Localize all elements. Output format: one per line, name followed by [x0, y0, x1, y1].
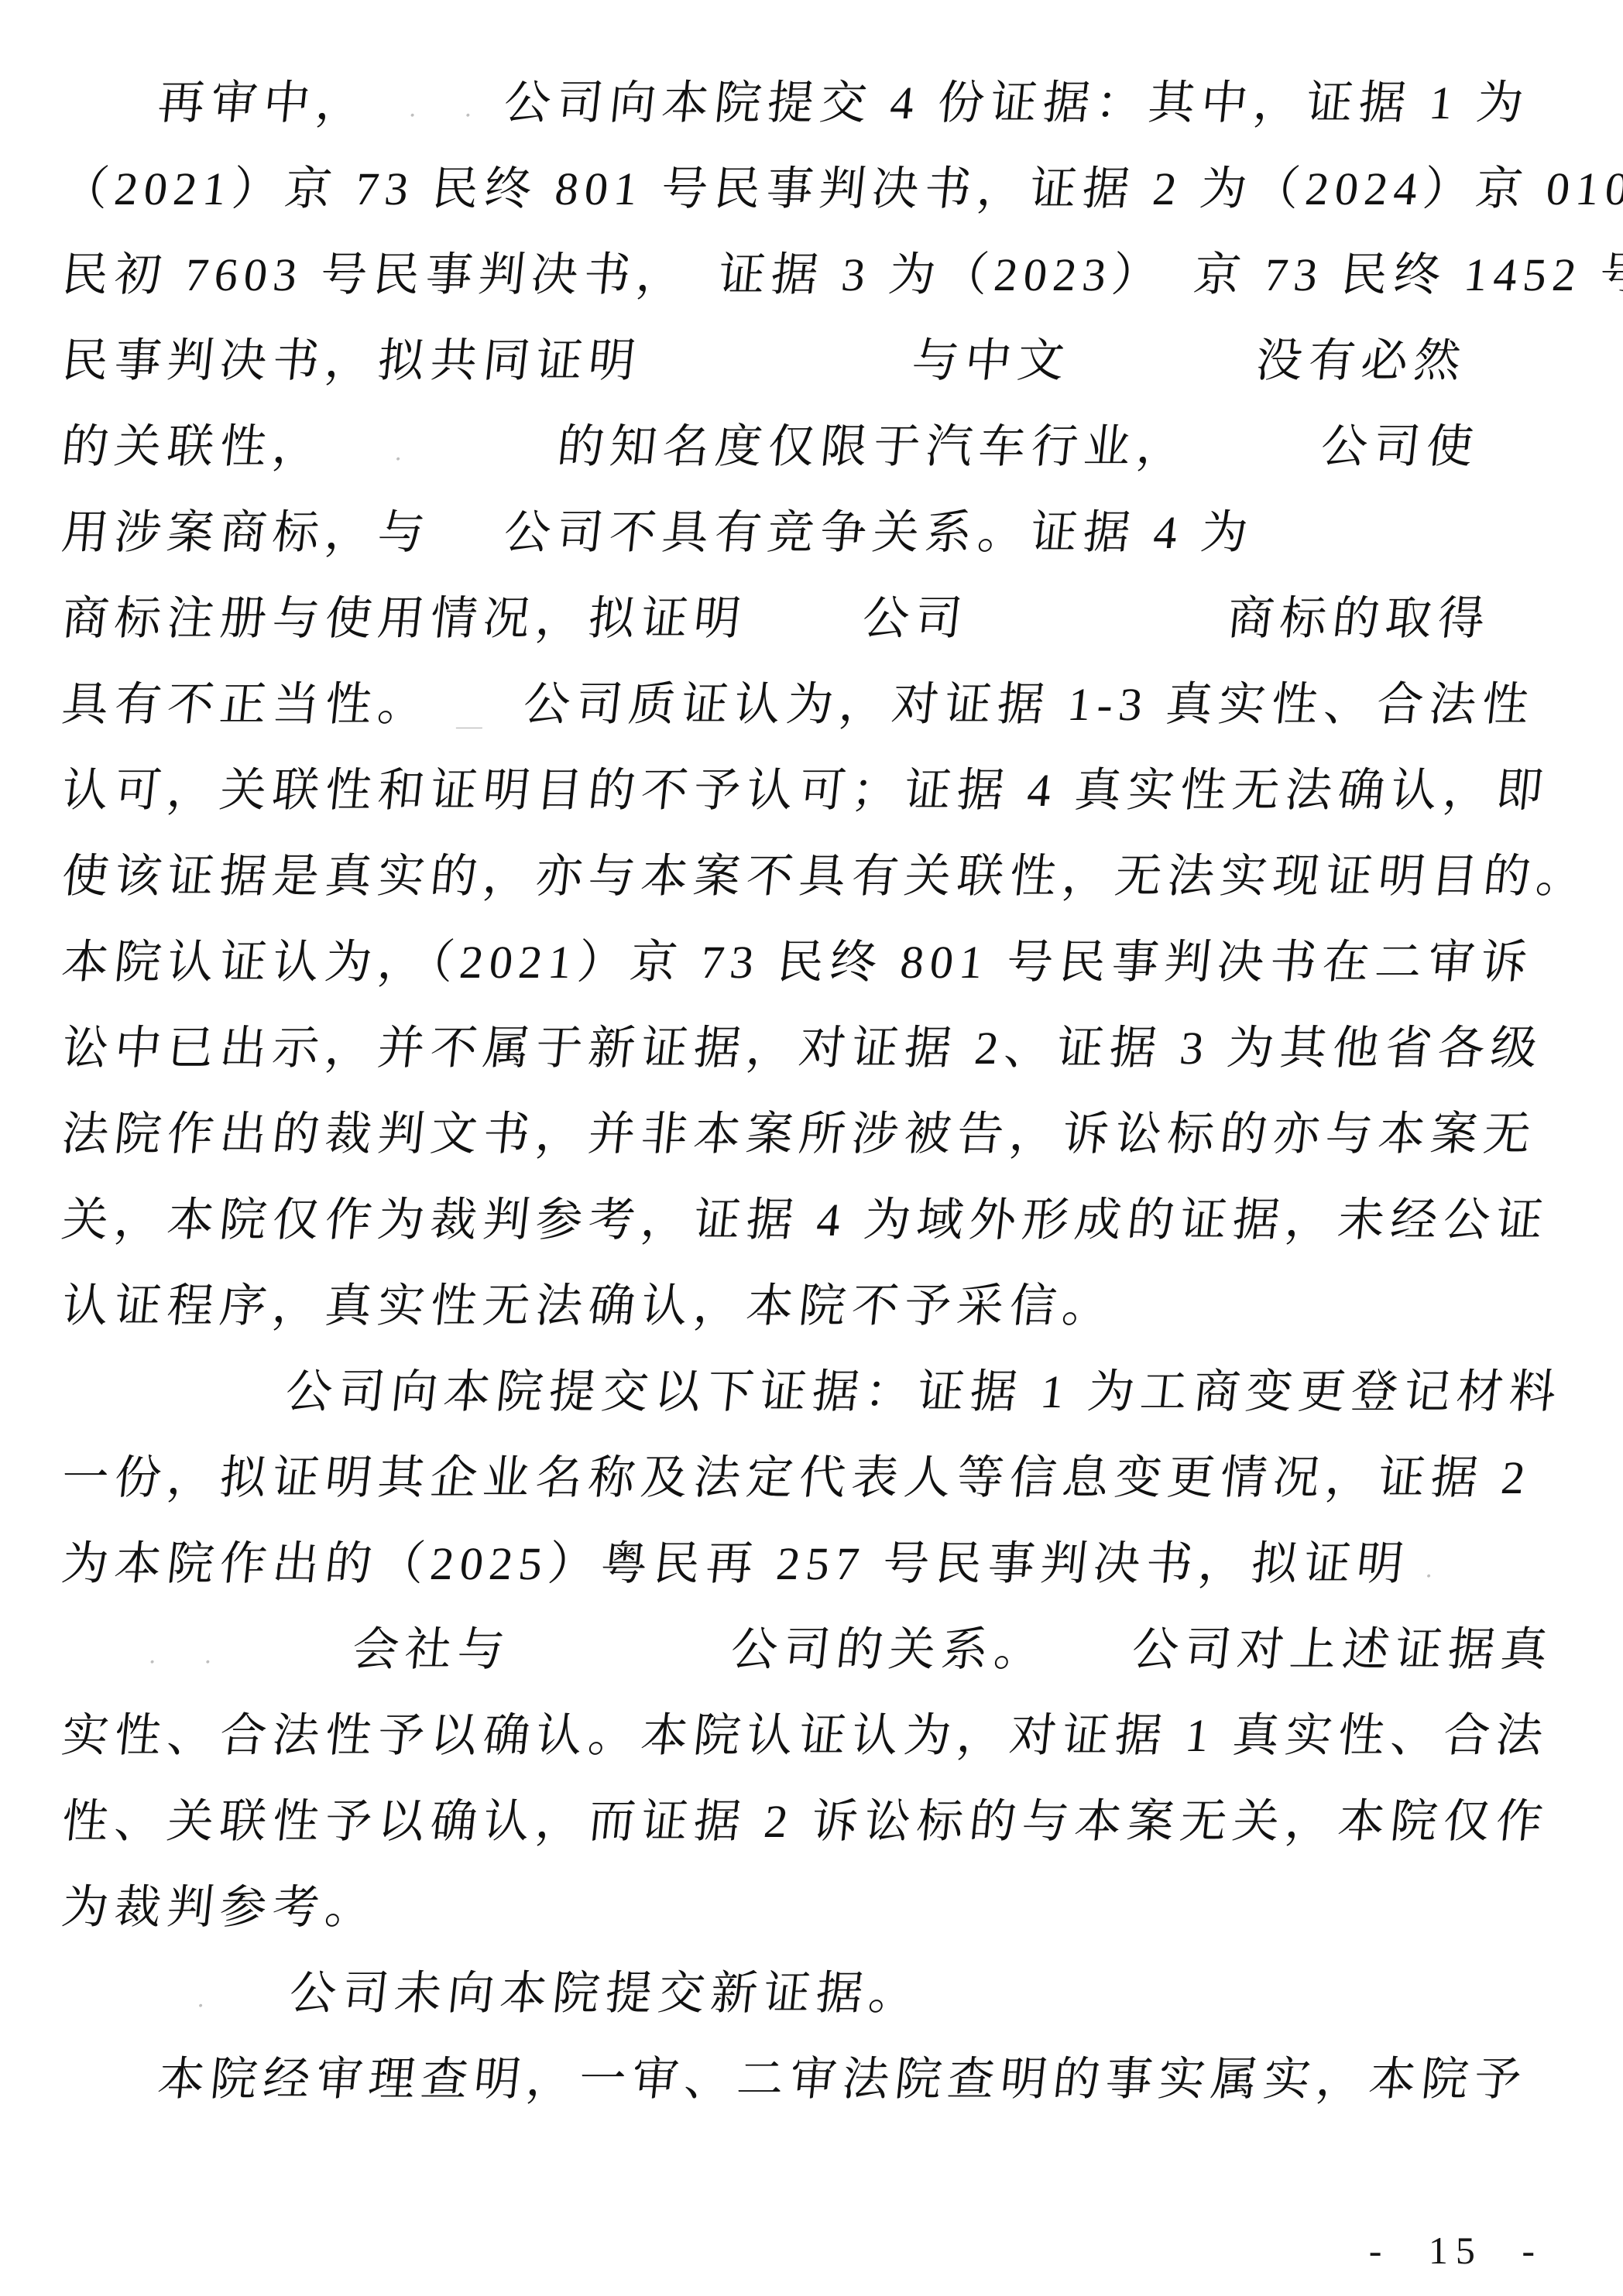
redaction-blank: ·: [1408, 1533, 1467, 1579]
page-number: - 15 -: [1369, 2228, 1542, 2273]
text-line: 的关联性，·的知名度仅限于汽车行业，公司使: [57, 404, 1589, 490]
redaction-blank: [1069, 330, 1259, 376]
text-line: （2021）京 73 民终 801 号民事判决书，证据 2 为（2024）京 0…: [57, 146, 1589, 232]
redaction-blank: · ·: [367, 72, 507, 118]
redaction-blank: [640, 330, 915, 376]
text-line: 关，本院仅作为裁判参考，证据 4 为域外形成的证据，未经公证: [57, 1177, 1589, 1263]
text-run: 公司不具有竞争关系。证据 4 为: [502, 507, 1257, 558]
text-line: · ·会社与公司的关系。公司对上述证据真: [57, 1607, 1589, 1693]
text-run: 用涉案商标，与: [60, 507, 434, 558]
redaction-blank: ＿: [429, 673, 527, 720]
text-line: 法院作出的裁判文书，并非本案所涉被告，诉讼标的亦与本案无: [57, 1091, 1589, 1177]
redaction-artifact: ·: [392, 447, 424, 473]
redaction-blank: [745, 588, 866, 634]
text-run: （2021）京 73 民终 801 号民事判决书，证据 2 为（2024）京 0…: [60, 163, 1623, 214]
text-run: 商标注册与使用情况，拟证明: [60, 593, 750, 644]
text-line: 商标注册与使用情况，拟证明公司商标的取得: [57, 576, 1589, 662]
text-run: 商标的取得: [1225, 593, 1494, 644]
redaction-blank: ·: [156, 1962, 293, 2009]
text-run: 使该证据是真实的，亦与本案不具有关联性，无法实现证明目的。: [60, 851, 1592, 902]
text-run: 公司质证认为，对证据 1-3 真实性、合法性: [521, 679, 1538, 730]
text-line: 为裁判参考。: [57, 1865, 1589, 1951]
text-run: 的关联性，: [60, 421, 328, 472]
text-run: 为裁判参考。: [60, 1882, 381, 1933]
text-line: 公司向本院提交以下证据：证据 1 为工商变更登记材料: [57, 1349, 1589, 1435]
text-line: 本院认证认为，（2021）京 73 民终 801 号民事判决书在二审诉: [57, 920, 1589, 1006]
text-run: 与中文: [910, 335, 1073, 386]
text-run: 公司向本院提交以下证据：证据 1 为工商变更登记材料: [283, 1366, 1565, 1417]
text-line: 实性、合法性予以确认。本院认证认为，对证据 1 真实性、合法: [57, 1693, 1589, 1779]
scanned-judgment-page: 再审中，· ·公司向本院提交 4 份证据：其中，证据 1 为（2021）京 73…: [0, 0, 1623, 2296]
text-run: 一份，拟证明其企业名称及法定代表人等信息变更情况，证据 2: [60, 1452, 1534, 1503]
text-run: 民事判决书，拟共同证明: [60, 335, 644, 386]
redaction-blank: [429, 502, 507, 548]
text-run: 认可，关联性和证明目的不予认可；证据 4 真实性无法确认，即: [60, 765, 1552, 816]
text-run: 公司向本院提交 4 份证据：其中，证据 1 为: [502, 77, 1532, 129]
text-line: 性、关联性予以确认，而证据 2 诉讼标的与本案无关，本院仅作: [57, 1779, 1589, 1865]
text-run: 公司使: [1319, 421, 1482, 472]
paragraph-indent: [60, 2008, 156, 2009]
redaction-blank: [1045, 1619, 1135, 1665]
redaction-blank: [156, 1361, 289, 1407]
text-line: 具有不正当性。＿公司质证认为，对证据 1-3 真实性、合法性: [57, 662, 1589, 748]
text-line: 为本院作出的（2025）粤民再 257 号民事判决书，拟证明·: [57, 1521, 1589, 1607]
text-run: 公司的关系。: [729, 1624, 1050, 1675]
redaction-blank: [1188, 416, 1324, 462]
text-run: 讼中已出示，并不属于新证据，对证据 2、证据 3 为其他省各级: [60, 1023, 1546, 1074]
text-run: 本院认证认为，（2021）京 73 民终 801 号民事判决书在二审诉: [60, 937, 1536, 988]
text-run: 民初 7603 号民事判决书， 证据 3 为（2023） 京 73 民终 145…: [60, 249, 1623, 300]
text-line: 民初 7603 号民事判决书， 证据 3 为（2023） 京 73 民终 145…: [57, 232, 1589, 318]
text-run: 本院经审理查明，一审、二审法院查明的事实属实，本院予: [156, 2054, 1530, 2105]
paragraph-indent: [60, 118, 156, 118]
paragraph-indent: [60, 1407, 156, 1407]
text-run: 公司: [860, 593, 971, 644]
text-line: 使该证据是真实的，亦与本案不具有关联性，无法实现证明目的。: [57, 834, 1589, 920]
text-line: 本院经审理查明，一审、二审法院查明的事实属实，本院予: [57, 2037, 1589, 2123]
text-run: 关，本院仅作为裁判参考，证据 4 为域外形成的证据，未经公证: [60, 1194, 1552, 1246]
redaction-artifact: · ·: [146, 1650, 234, 1676]
text-line: 民事判决书，拟共同证明与中文没有必然: [57, 318, 1589, 404]
text-run: 实性、合法性予以确认。本院认证认为，对证据 1 真实性、合法: [60, 1710, 1552, 1761]
text-line: 认可，关联性和证明目的不予认可；证据 4 真实性无法确认，即: [57, 748, 1589, 834]
text-line: 用涉案商标，与公司不具有竞争关系。证据 4 为: [57, 490, 1589, 576]
text-line: 一份，拟证明其企业名称及法定代表人等信息变更情况，证据 2: [57, 1435, 1589, 1521]
text-run: 认证程序，真实性无法确认，本院不予采信。: [60, 1280, 1118, 1331]
text-run: 会社与: [350, 1624, 513, 1675]
redaction-artifact: ·: [1422, 1564, 1454, 1590]
text-run: 法院作出的裁判文书，并非本案所涉被告，诉讼标的亦与本案无: [60, 1109, 1539, 1160]
text-run: 为本院作出的（2025）粤民再 257 号民事判决书，拟证明: [60, 1538, 1412, 1589]
text-run: 再审中，: [156, 77, 372, 129]
text-run: 性、关联性予以确认，而证据 2 诉讼标的与本案无关，本院仅作: [60, 1796, 1552, 1847]
text-line: 讼中已出示，并不属于新证据，对证据 2、证据 3 为其他省各级: [57, 1006, 1589, 1091]
judgment-text-block: 再审中，· ·公司向本院提交 4 份证据：其中，证据 1 为（2021）京 73…: [62, 60, 1584, 2123]
redaction-blank: ·: [324, 416, 561, 462]
text-line: 认证程序，真实性无法确认，本院不予采信。: [57, 1263, 1589, 1349]
text-run: 公司对上述证据真: [1130, 1624, 1556, 1675]
text-line: 再审中，· ·公司向本院提交 4 份证据：其中，证据 1 为: [57, 60, 1589, 146]
paragraph-indent: [60, 2094, 156, 2095]
redaction-blank: [509, 1619, 734, 1665]
text-run: 公司未向本院提交新证据。: [287, 1968, 925, 2019]
text-line: ·公司未向本院提交新证据。: [57, 1951, 1589, 2037]
text-run: 的知名度仅限于汽车行业，: [555, 421, 1192, 472]
text-run: 没有必然: [1254, 335, 1470, 386]
redaction-blank: [966, 588, 1230, 634]
redaction-artifact: · ·: [407, 103, 494, 129]
redaction-artifact: ＿: [455, 704, 505, 731]
text-run: 具有不正当性。: [60, 679, 434, 730]
redaction-artifact: ·: [194, 1993, 226, 2020]
redaction-blank: · ·: [60, 1619, 355, 1665]
